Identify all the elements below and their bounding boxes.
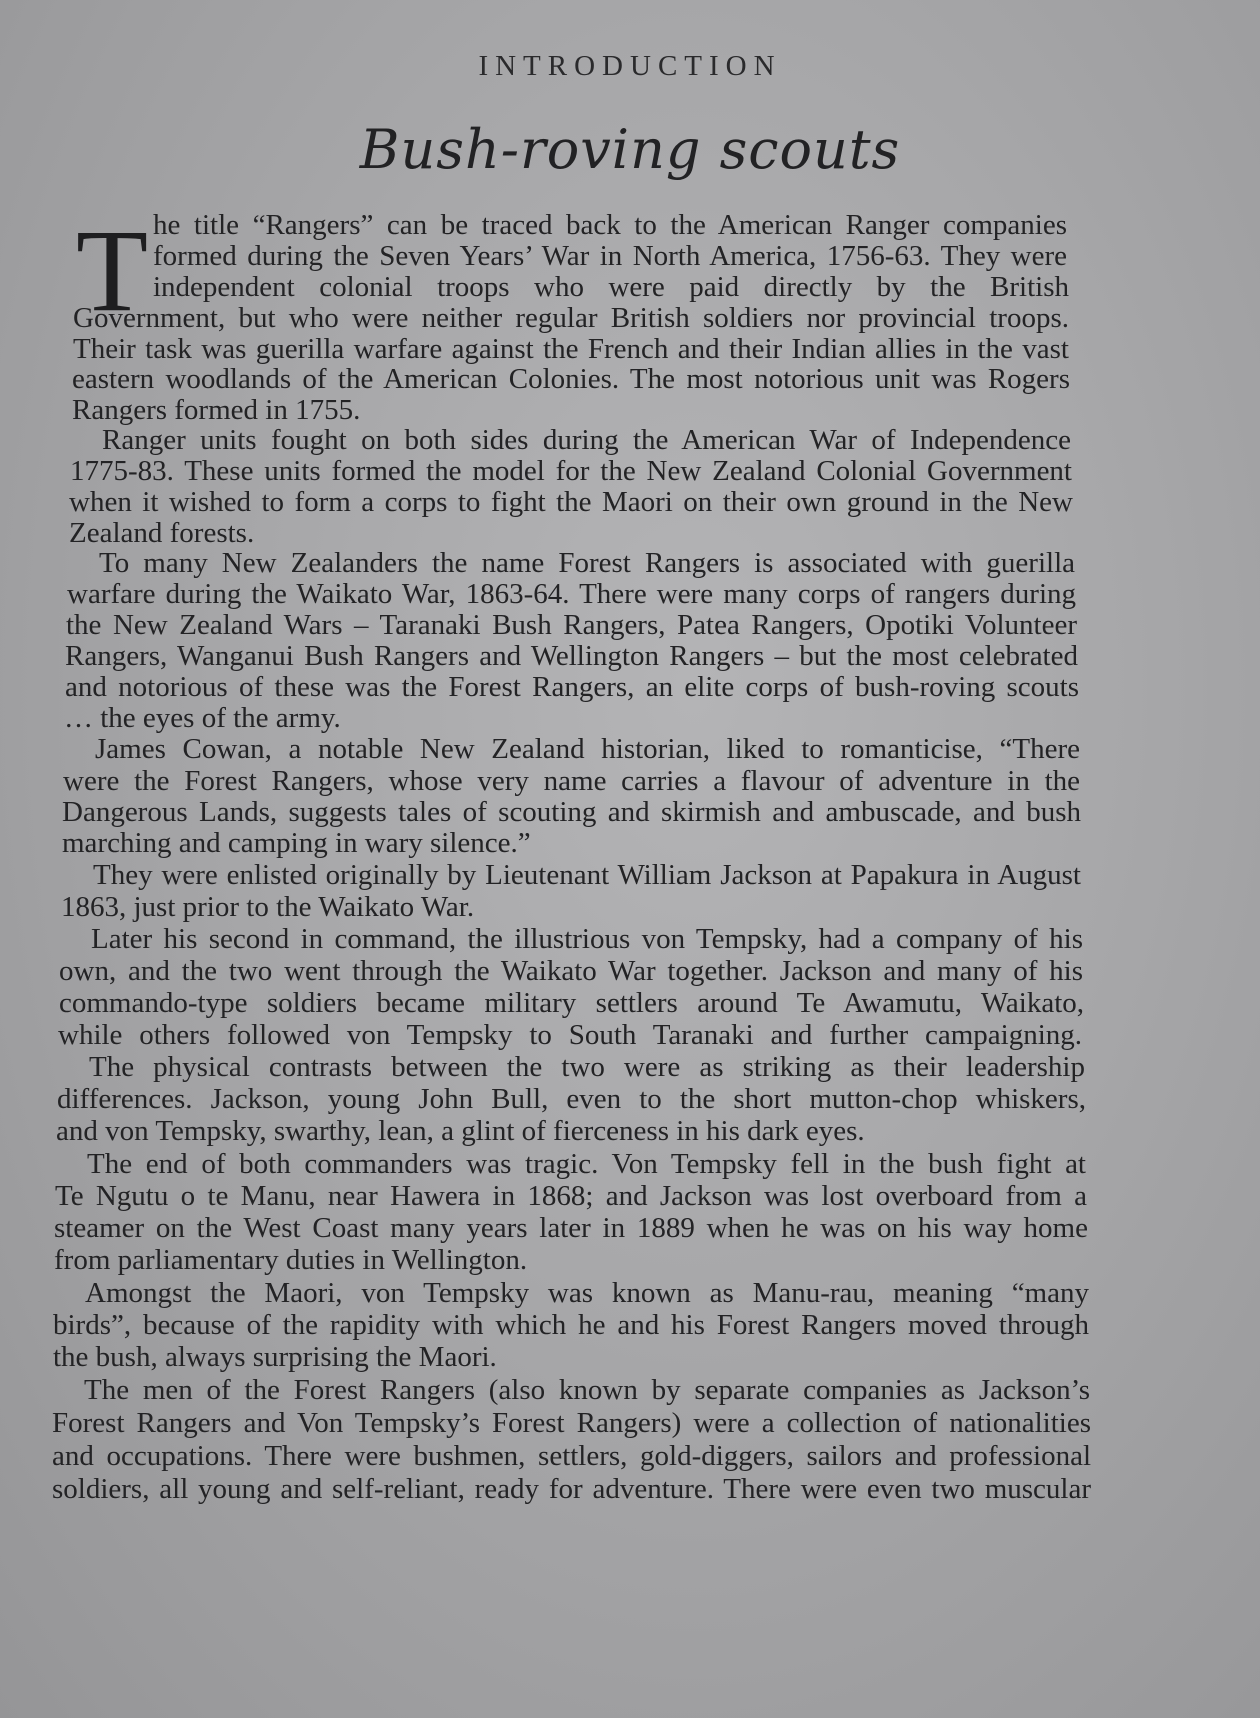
text-line: They were enlisted originally by Lieuten…	[93, 859, 1081, 891]
text-line: while others followed von Tempsky to Sou…	[58, 1019, 1082, 1051]
text-line: warfare during the Waikato War, 1863-64.…	[67, 578, 1076, 610]
text-line: the New Zealand Wars – Taranaki Bush Ran…	[66, 609, 1077, 641]
text-line: were the Forest Rangers, whose very name…	[63, 765, 1080, 797]
text-line: James Cowan, a notable New Zealand histo…	[95, 733, 1080, 765]
text-line: when it wished to form a corps to fight …	[69, 486, 1073, 518]
text-line: commando-type soldiers became military s…	[59, 987, 1084, 1019]
text-line: Te Ngutu o te Manu, near Hawera in 1868;…	[55, 1180, 1087, 1212]
text-line: Rangers, Wanganui Bush Rangers and Welli…	[65, 640, 1078, 672]
text-line: he title “Rangers” can be traced back to…	[153, 209, 1067, 241]
text-line: The physical contrasts between the two w…	[89, 1051, 1085, 1083]
text-line: Dangerous Lands, suggests tales of scout…	[62, 796, 1081, 828]
text-line: and occupations. There were bushmen, set…	[52, 1440, 1091, 1472]
text-line: formed during the Seven Years’ War in No…	[153, 240, 1067, 272]
chapter-title: Bush-roving scouts	[0, 118, 1260, 181]
text-line: birds”, because of the rapidity with whi…	[53, 1309, 1089, 1341]
text-line: and von Tempsky, swarthy, lean, a glint …	[56, 1115, 865, 1147]
text-line: own, and the two went through the Waikat…	[59, 955, 1083, 987]
text-line: steamer on the West Coast many years lat…	[54, 1212, 1088, 1244]
text-line: Rangers formed in 1755.	[72, 394, 360, 426]
text-line: differences. Jackson, young John Bull, e…	[57, 1083, 1086, 1115]
text-line: Government, but who were neither regular…	[73, 302, 1069, 334]
text-line: independent colonial troops who were pai…	[153, 271, 1069, 303]
text-line: Forest Rangers and Von Tempsky’s Forest …	[52, 1407, 1091, 1439]
text-line: 1863, just prior to the Waikato War.	[61, 891, 474, 923]
text-line: Zealand forests.	[69, 517, 254, 549]
book-page: INTRODUCTION Bush-roving scouts T he tit…	[0, 0, 1260, 1718]
text-line: Their task was guerilla warfare against …	[73, 333, 1069, 365]
text-line: The men of the Forest Rangers (also know…	[84, 1374, 1090, 1406]
text-line: marching and camping in wary silence.”	[62, 827, 531, 859]
text-line: soldiers, all young and self-reliant, re…	[52, 1473, 1091, 1505]
text-line: Ranger units fought on both sides during…	[102, 424, 1071, 456]
text-line: and notorious of these was the Forest Ra…	[65, 671, 1079, 703]
text-line: the bush, always surprising the Maori.	[53, 1341, 497, 1373]
text-line: The end of both commanders was tragic. V…	[87, 1148, 1086, 1180]
text-line: … the eyes of the army.	[64, 702, 341, 734]
section-label: INTRODUCTION	[0, 50, 1260, 83]
text-line: eastern woodlands of the American Coloni…	[72, 363, 1070, 395]
text-line: from parliamentary duties in Wellington.	[54, 1244, 527, 1276]
text-line: To many New Zealanders the name Forest R…	[99, 547, 1075, 579]
text-line: 1775-83. These units formed the model fo…	[70, 455, 1072, 487]
text-line: Amongst the Maori, von Tempsky was known…	[85, 1277, 1089, 1309]
text-line: Later his second in command, the illustr…	[91, 923, 1083, 955]
